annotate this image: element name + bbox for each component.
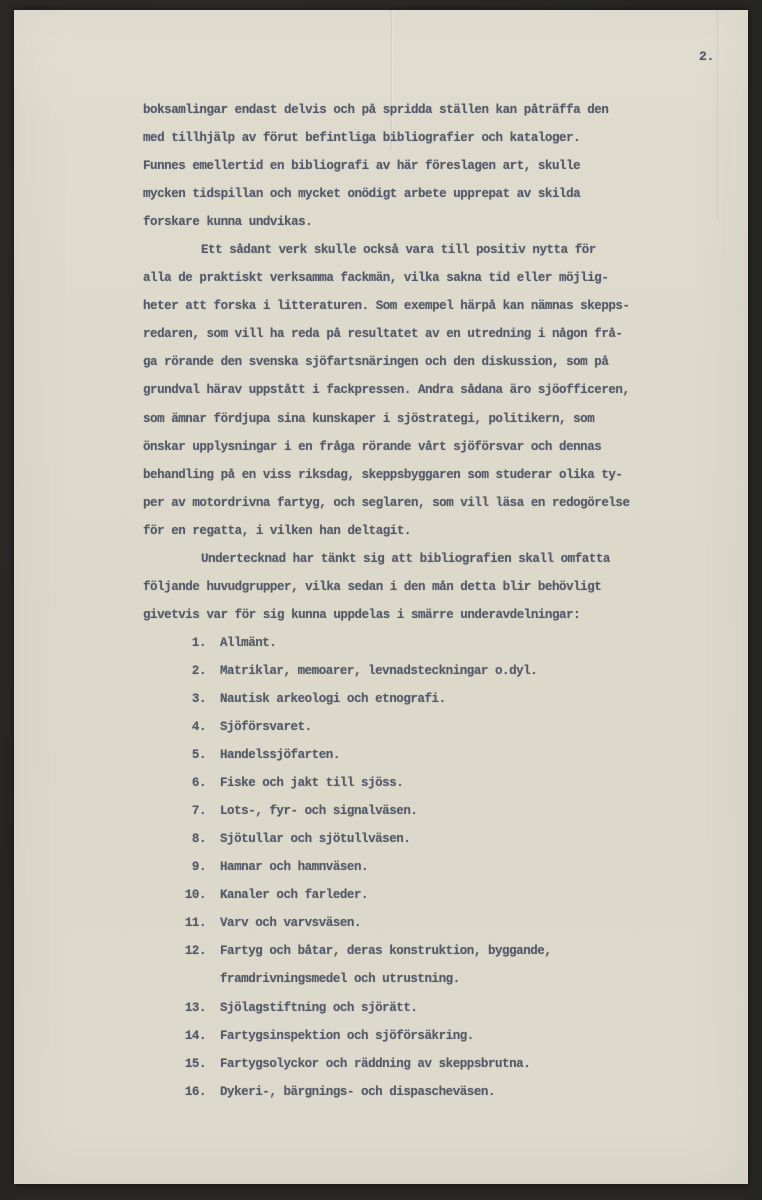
list-item: 1.Allmänt. bbox=[143, 629, 703, 657]
list-item: 2.Matriklar, memoarer, levnadsteckningar… bbox=[143, 657, 703, 685]
list-item-text: Allmänt. bbox=[220, 636, 276, 650]
text-line: Funnes emellertid en bibliografi av här … bbox=[143, 152, 703, 180]
numbered-list: 1.Allmänt.2.Matriklar, memoarer, levnads… bbox=[143, 629, 703, 1106]
document-page: 2. boksamlingar endast delvis och på spr… bbox=[14, 10, 748, 1184]
list-item-text: Fartyg och båtar, deras konstruktion, by… bbox=[220, 944, 551, 958]
list-item: 6.Fiske och jakt till sjöss. bbox=[143, 769, 703, 797]
list-item-number: 13. bbox=[143, 994, 206, 1022]
text-line: önskar upplysningar i en fråga rörande v… bbox=[143, 433, 703, 461]
list-item-text: Nautisk arkeologi och etnografi. bbox=[220, 692, 446, 706]
list-item-text: Sjöförsvaret. bbox=[220, 720, 312, 734]
text-line: 12.Fartyg och båtar, deras konstruktion,… bbox=[143, 937, 703, 965]
list-item-text: Fartygsinspektion och sjöförsäkring. bbox=[220, 1029, 474, 1043]
text-line: 13.Sjölagstiftning och sjörätt. bbox=[143, 994, 703, 1022]
text-line: Undertecknad har tänkt sig att bibliogra… bbox=[143, 545, 703, 573]
list-item-number: 7. bbox=[143, 797, 206, 825]
text-line: 7.Lots-, fyr- och signalväsen. bbox=[143, 797, 703, 825]
text-line: 6.Fiske och jakt till sjöss. bbox=[143, 769, 703, 797]
list-item-text: Dykeri-, bärgnings- och dispascheväsen. bbox=[220, 1085, 495, 1099]
text-line: per av motordrivna fartyg, och seglaren,… bbox=[143, 489, 703, 517]
text-line: 4.Sjöförsvaret. bbox=[143, 713, 703, 741]
scan-background: 2. boksamlingar endast delvis och på spr… bbox=[0, 0, 762, 1200]
text-line: 5.Handelssjöfarten. bbox=[143, 741, 703, 769]
text-line: 9.Hamnar och hamnväsen. bbox=[143, 853, 703, 881]
list-item-number: 3. bbox=[143, 685, 206, 713]
text-line: 10.Kanaler och farleder. bbox=[143, 881, 703, 909]
text-line: 14.Fartygsinspektion och sjöförsäkring. bbox=[143, 1022, 703, 1050]
list-item-text: Sjötullar och sjötullväsen. bbox=[220, 832, 410, 846]
list-item-text: Kanaler och farleder. bbox=[220, 888, 368, 902]
list-item-number: 16. bbox=[143, 1078, 206, 1106]
list-item: 16.Dykeri-, bärgnings- och dispascheväse… bbox=[143, 1078, 703, 1106]
list-item-number: 15. bbox=[143, 1050, 206, 1078]
list-item: 15.Fartygsolyckor och räddning av skepps… bbox=[143, 1050, 703, 1078]
list-item-text: Hamnar och hamnväsen. bbox=[220, 860, 368, 874]
text-line: alla de praktiskt verksamma fackmän, vil… bbox=[143, 264, 703, 292]
list-item-text: Varv och varvsväsen. bbox=[220, 916, 361, 930]
document-body: boksamlingar endast delvis och på spridd… bbox=[143, 96, 703, 1106]
list-item: 10.Kanaler och farleder. bbox=[143, 881, 703, 909]
text-line: 16.Dykeri-, bärgnings- och dispascheväse… bbox=[143, 1078, 703, 1106]
paragraph: Undertecknad har tänkt sig att bibliogra… bbox=[143, 545, 703, 629]
paragraph: boksamlingar endast delvis och på spridd… bbox=[143, 96, 703, 236]
list-item-text: Matriklar, memoarer, levnadsteckningar o… bbox=[220, 664, 537, 678]
text-line: 8.Sjötullar och sjötullväsen. bbox=[143, 825, 703, 853]
list-item: 7.Lots-, fyr- och signalväsen. bbox=[143, 797, 703, 825]
text-line: heter att forska i litteraturen. Som exe… bbox=[143, 292, 703, 320]
list-item: 12.Fartyg och båtar, deras konstruktion,… bbox=[143, 937, 703, 993]
list-item-number: 5. bbox=[143, 741, 206, 769]
list-item-number: 1. bbox=[143, 629, 206, 657]
page-number: 2. bbox=[699, 49, 714, 64]
text-line: 11.Varv och varvsväsen. bbox=[143, 909, 703, 937]
text-line: redaren, som vill ha reda på resultatet … bbox=[143, 320, 703, 348]
text-line: 15.Fartygsolyckor och räddning av skepps… bbox=[143, 1050, 703, 1078]
text-line: forskare kunna undvikas. bbox=[143, 208, 703, 236]
list-item-number: 10. bbox=[143, 881, 206, 909]
list-item: 4.Sjöförsvaret. bbox=[143, 713, 703, 741]
list-item-text: Fiske och jakt till sjöss. bbox=[220, 776, 403, 790]
list-item-number: 6. bbox=[143, 769, 206, 797]
paper-crease bbox=[716, 10, 719, 220]
list-item: 3.Nautisk arkeologi och etnografi. bbox=[143, 685, 703, 713]
text-line: ga rörande den svenska sjöfartsnäringen … bbox=[143, 348, 703, 376]
list-item-number: 4. bbox=[143, 713, 206, 741]
list-item: 8.Sjötullar och sjötullväsen. bbox=[143, 825, 703, 853]
text-line: 3.Nautisk arkeologi och etnografi. bbox=[143, 685, 703, 713]
list-item-text: Handelssjöfarten. bbox=[220, 748, 340, 762]
text-line: med tillhjälp av förut befintliga biblio… bbox=[143, 124, 703, 152]
text-line: som ämnar fördjupa sina kunskaper i sjös… bbox=[143, 405, 703, 433]
text-line: grundval härav uppstått i fackpressen. A… bbox=[143, 376, 703, 404]
text-line: givetvis var för sig kunna uppdelas i sm… bbox=[143, 601, 703, 629]
list-item-number: 14. bbox=[143, 1022, 206, 1050]
list-item-text: Fartygsolyckor och räddning av skeppsbru… bbox=[220, 1057, 530, 1071]
text-line: 1.Allmänt. bbox=[143, 629, 703, 657]
list-item: 13.Sjölagstiftning och sjörätt. bbox=[143, 994, 703, 1022]
list-item: 14.Fartygsinspektion och sjöförsäkring. bbox=[143, 1022, 703, 1050]
list-item-text: Lots-, fyr- och signalväsen. bbox=[220, 804, 417, 818]
text-line: Ett sådant verk skulle också vara till p… bbox=[143, 236, 703, 264]
text-line: följande huvudgrupper, vilka sedan i den… bbox=[143, 573, 703, 601]
paragraph: Ett sådant verk skulle också vara till p… bbox=[143, 236, 703, 545]
text-line: mycken tidspillan och mycket onödigt arb… bbox=[143, 180, 703, 208]
list-item-number: 11. bbox=[143, 909, 206, 937]
text-line: 2.Matriklar, memoarer, levnadsteckningar… bbox=[143, 657, 703, 685]
list-item: 11.Varv och varvsväsen. bbox=[143, 909, 703, 937]
text-line: för en regatta, i vilken han deltagit. bbox=[143, 517, 703, 545]
list-item-continuation: framdrivningsmedel och utrustning. bbox=[143, 965, 703, 993]
text-line: boksamlingar endast delvis och på spridd… bbox=[143, 96, 703, 124]
list-item-number: 9. bbox=[143, 853, 206, 881]
list-item: 9.Hamnar och hamnväsen. bbox=[143, 853, 703, 881]
list-item-number: 2. bbox=[143, 657, 206, 685]
list-item-text: Sjölagstiftning och sjörätt. bbox=[220, 1001, 417, 1015]
list-item-number: 8. bbox=[143, 825, 206, 853]
list-item-number: 12. bbox=[143, 937, 206, 965]
list-item: 5.Handelssjöfarten. bbox=[143, 741, 703, 769]
text-line: behandling på en viss riksdag, skeppsbyg… bbox=[143, 461, 703, 489]
